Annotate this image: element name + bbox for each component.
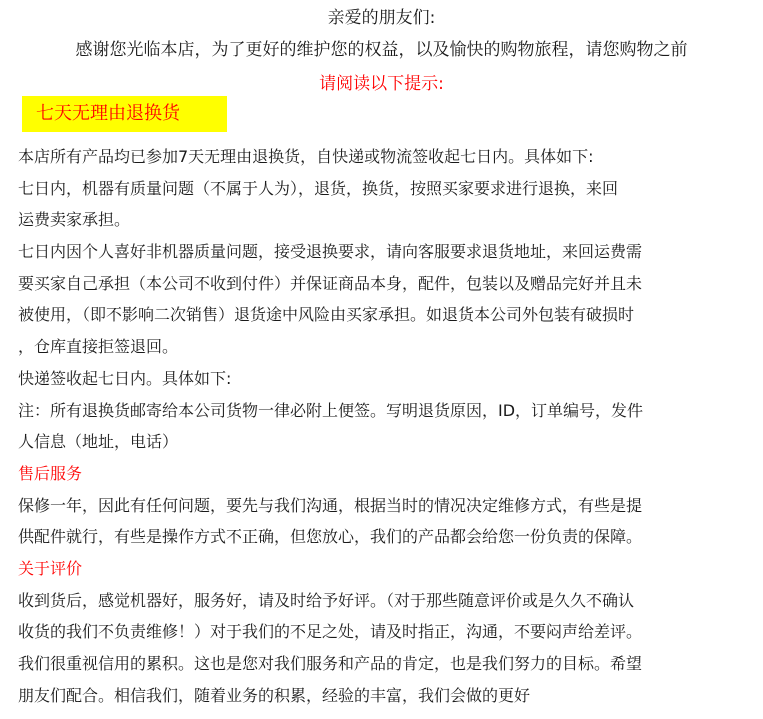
policy-line: 我们很重视信用的累积。这也是您对我们服务和产品的肯定，也是我们努力的目标。希望 [18,652,758,684]
greeting-text: 亲爱的朋友们: [0,6,763,30]
policy-line: 本店所有产品均已参加7天无理由退换货，自快递或物流签收起七日内。具体如下: [18,145,758,177]
policy-line: 收货的我们不负责维修！）对于我们的不足之处，请及时指正，沟通，不要闷声给差评。 [18,620,758,652]
section-heading-after-sales: 售后服务 [18,462,758,494]
policy-line: 运费卖家承担。 [18,208,758,240]
policy-line: 人信息（地址，电话） [18,430,758,462]
policy-line: 七日内，机器有质量问题（不属于人为），退货，换货，按照买家要求进行退换，来回 [18,177,758,209]
badge-label: 七天无理由退换货 [36,102,180,126]
policy-line: 注：所有退换货邮寄给本公司货物一律必附上便签。写明退货原因，ID，订单编号，发件 [18,399,758,431]
policy-body: 本店所有产品均已参加7天无理由退换货，自快递或物流签收起七日内。具体如下: 七日… [18,145,758,715]
policy-line: 七日内因个人喜好非机器质量问题，接受退换要求，请向客服要求退货地址，来回运费需 [18,240,758,272]
policy-line: 供配件就行，有些是操作方式不正确，但您放心，我们的产品都会给您一份负责的保障。 [18,525,758,557]
read-notice-text: 请阅读以下提示: [0,72,763,96]
policy-line: 被使用，（即不影响二次销售）退货途中风险由买家承担。如退货本公司外包装有破损时 [18,303,758,335]
policy-line: 朋友们配合。相信我们，随着业务的积累，经验的丰富，我们会做的更好 [18,684,758,716]
section-heading-reviews: 关于评价 [18,557,758,589]
thanks-text: 感谢您光临本店，为了更好的维护您的权益，以及愉快的购物旅程，请您购物之前 [0,38,763,62]
policy-line: 要买家自己承担（本公司不收到付件）并保证商品本身，配件，包装以及赠品完好并且未 [18,272,758,304]
return-policy-badge: 七天无理由退换货 [22,96,227,132]
policy-line: 收到货后，感觉机器好，服务好，请及时给予好评。（对于那些随意评价或是久久不确认 [18,589,758,621]
policy-line: 保修一年，因此有任何问题，要先与我们沟通，根据当时的情况决定维修方式，有些是提 [18,494,758,526]
policy-line: ，仓库直接拒签退回。 [18,335,758,367]
policy-line: 快递签收起七日内。具体如下: [18,367,758,399]
